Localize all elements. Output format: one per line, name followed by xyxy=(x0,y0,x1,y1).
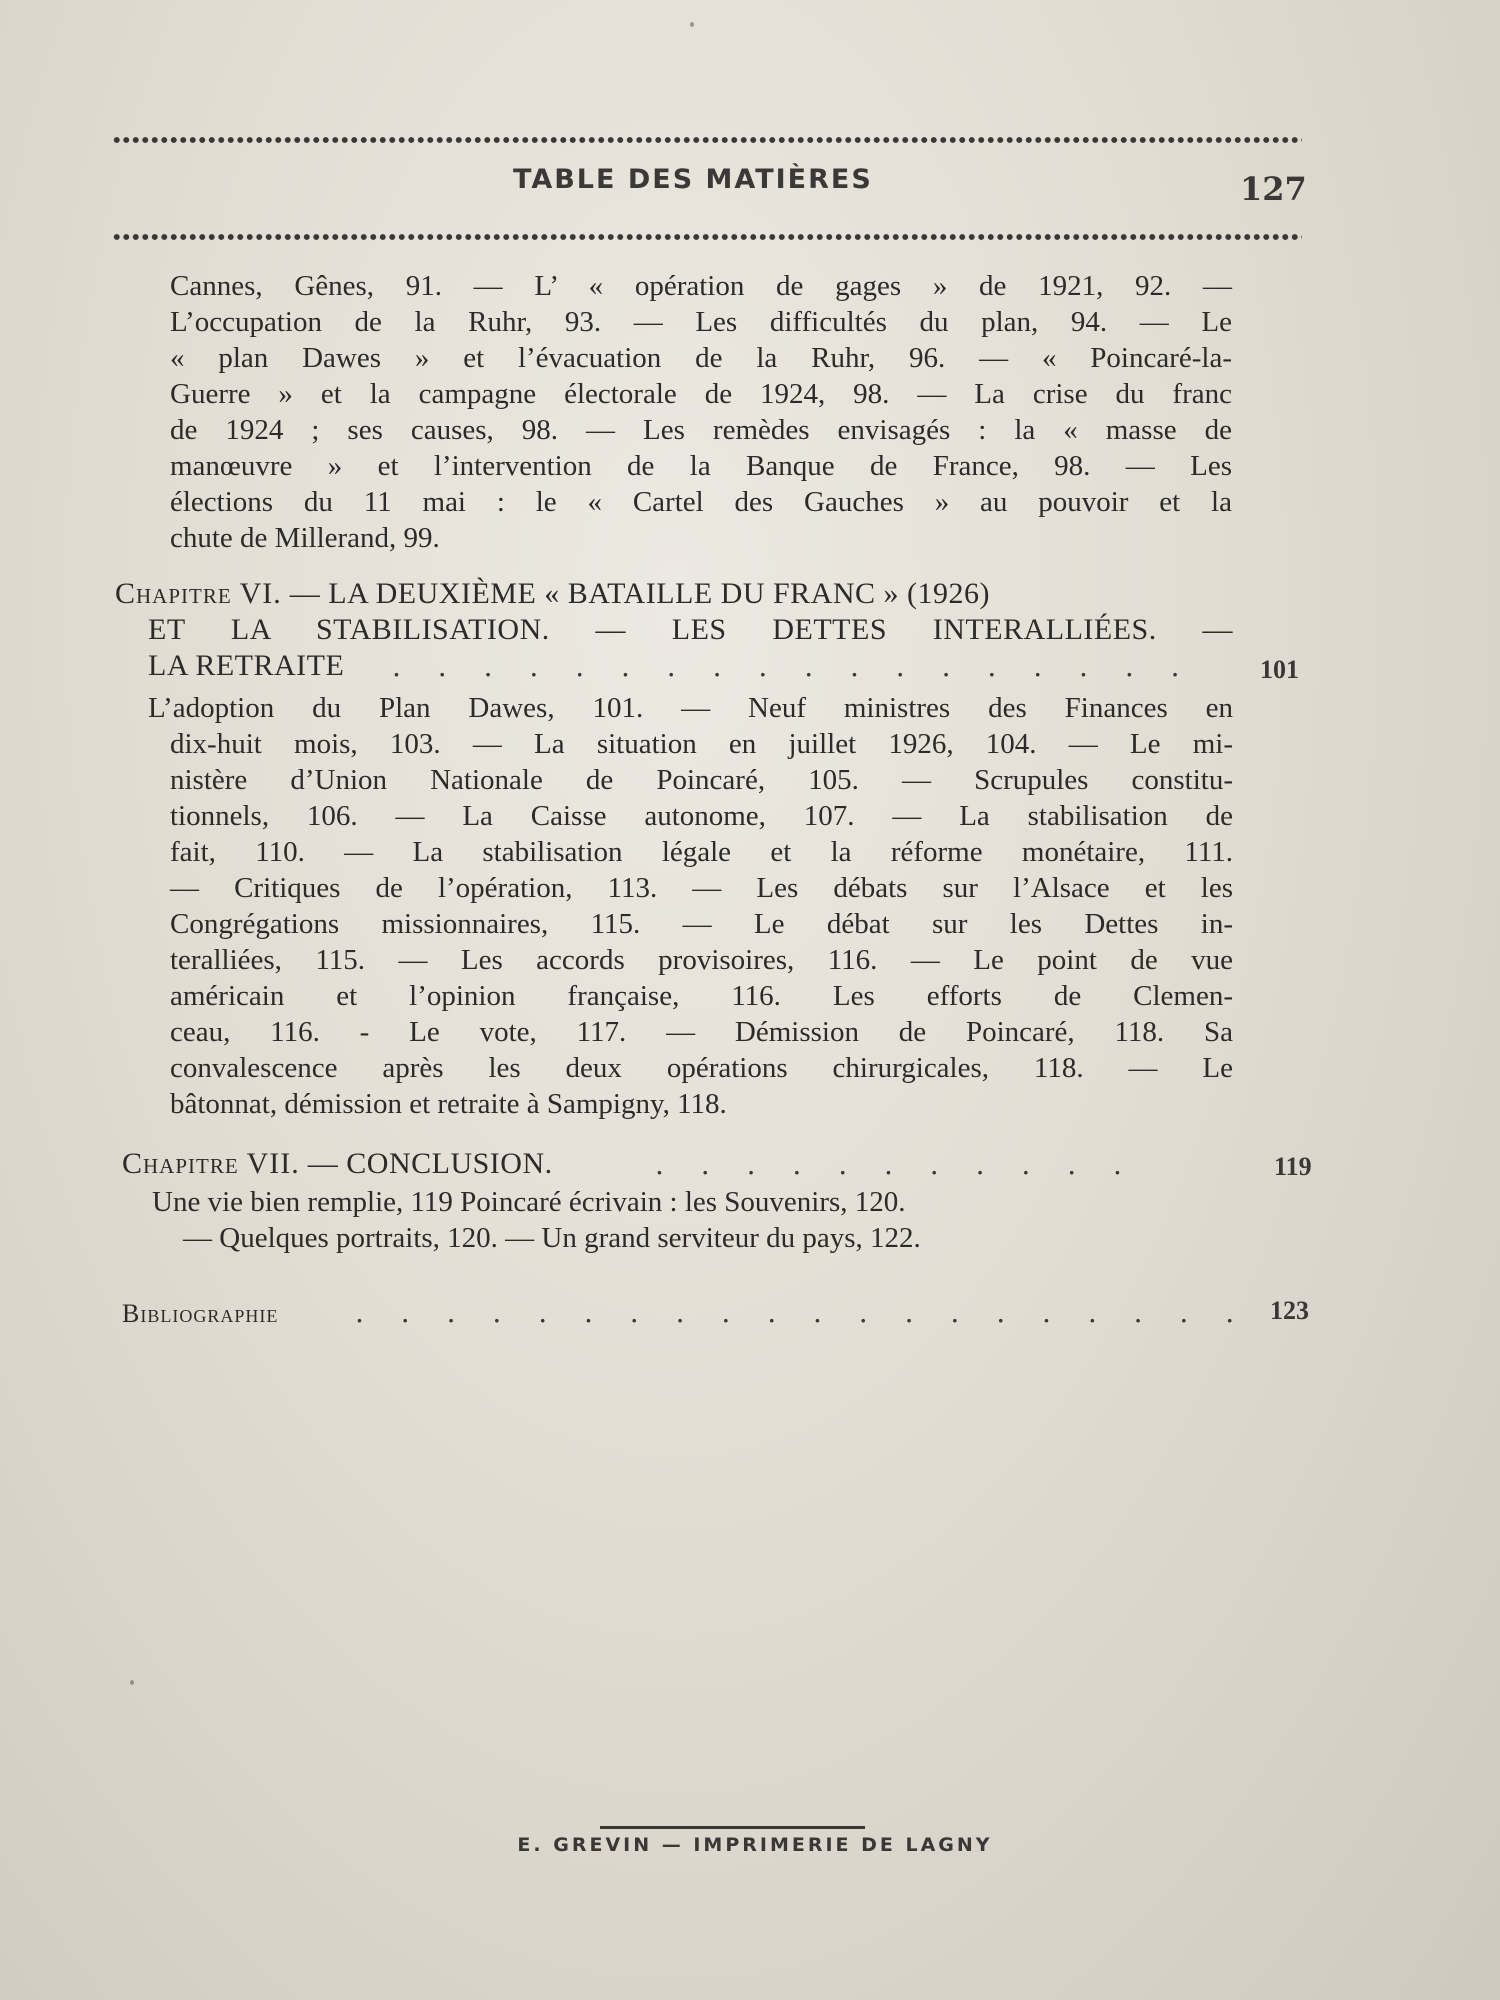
chapter-title: LA RETRAITE xyxy=(148,648,344,684)
page-number: 127 xyxy=(1240,170,1304,208)
summary-line: convalescence après les deux opérations … xyxy=(170,1050,1233,1086)
dot-leader: . . . . . . . . . . . . . . . . . . . . … xyxy=(355,1296,1250,1329)
chapter-page-number: 101 xyxy=(1260,655,1299,685)
footer-rule xyxy=(600,1826,865,1829)
summary-line: Congrégations missionnaires, 115. — Le d… xyxy=(170,906,1233,942)
summary-line: manœuvre » et l’intervention de la Banqu… xyxy=(170,448,1232,484)
summary-line: Cannes, Gênes, 91. — L’ « opération de g… xyxy=(170,268,1232,304)
chapter-heading-line: Chapitre VI. — LA DEUXIÈME « BATAILLE DU… xyxy=(115,576,1233,612)
running-title: TABLE DES MATIÈRES xyxy=(513,164,913,195)
dot-leader: . . . . . . . . . . . . . . . . . . xyxy=(392,650,1232,683)
header-ornament-rule-bottom xyxy=(112,233,1302,241)
bibliography-label: Bibliographie xyxy=(122,1296,278,1332)
summary-line: ceau, 116. - Le vote, 117. — Démission d… xyxy=(170,1014,1233,1050)
printer-colophon: E. GREVIN — IMPRIMERIE DE LAGNY xyxy=(490,1834,1020,1856)
summary-line: américain et l’opinion française, 116. L… xyxy=(170,978,1233,1014)
paper-speck xyxy=(690,22,694,27)
header-ornament-rule-top xyxy=(112,136,1302,144)
summary-line: bâtonnat, démission et retraite à Sampig… xyxy=(170,1086,727,1122)
paper-speck xyxy=(130,1680,134,1685)
summary-line: « plan Dawes » et l’évacuation de la Ruh… xyxy=(170,340,1232,376)
summary-line: L’occupation de la Ruhr, 93. — Les diffi… xyxy=(170,304,1232,340)
summary-line: tionnels, 106. — La Caisse autonome, 107… xyxy=(170,798,1233,834)
summary-line: L’adoption du Plan Dawes, 101. — Neuf mi… xyxy=(148,690,1233,726)
bibliography-page-number: 123 xyxy=(1270,1296,1309,1326)
chapter-heading-line: Chapitre VII. — CONCLUSION. xyxy=(122,1146,553,1182)
book-page: TABLE DES MATIÈRES 127 Cannes, Gênes, 91… xyxy=(0,0,1500,2000)
summary-line: Guerre » et la campagne électorale de 19… xyxy=(170,376,1232,412)
summary-line: fait, 110. — La stabilisation légale et … xyxy=(170,834,1233,870)
summary-line: élections du 11 mai : le « Cartel des Ga… xyxy=(170,484,1232,520)
chapter-page-number: 119 xyxy=(1274,1152,1312,1182)
chapter-title: — LA DEUXIÈME « BATAILLE DU FRANC » (192… xyxy=(290,577,990,610)
chapter-title: — CONCLUSION. xyxy=(308,1147,553,1180)
summary-line: — Critiques de l’opération, 113. — Les d… xyxy=(170,870,1233,906)
summary-line: — Quelques portraits, 120. — Un grand se… xyxy=(183,1220,921,1256)
summary-line: dix-huit mois, 103. — La situation en ju… xyxy=(170,726,1233,762)
summary-line: de 1924 ; ses causes, 98. — Les remèdes … xyxy=(170,412,1232,448)
summary-line: chute de Millerand, 99. xyxy=(170,520,440,556)
dot-leader: . . . . . . . . . . . xyxy=(655,1148,1175,1181)
chapter-title: ET LA STABILISATION. — LES DETTES INTERA… xyxy=(148,612,1233,648)
summary-line: teralliées, 115. — Les accords provisoir… xyxy=(170,942,1233,978)
summary-line: Une vie bien remplie, 119 Poincaré écriv… xyxy=(152,1184,906,1220)
summary-line: nistère d’Union Nationale de Poincaré, 1… xyxy=(170,762,1233,798)
chapter-label: Chapitre VI. xyxy=(115,577,282,610)
chapter-label: Chapitre VII. xyxy=(122,1147,300,1180)
